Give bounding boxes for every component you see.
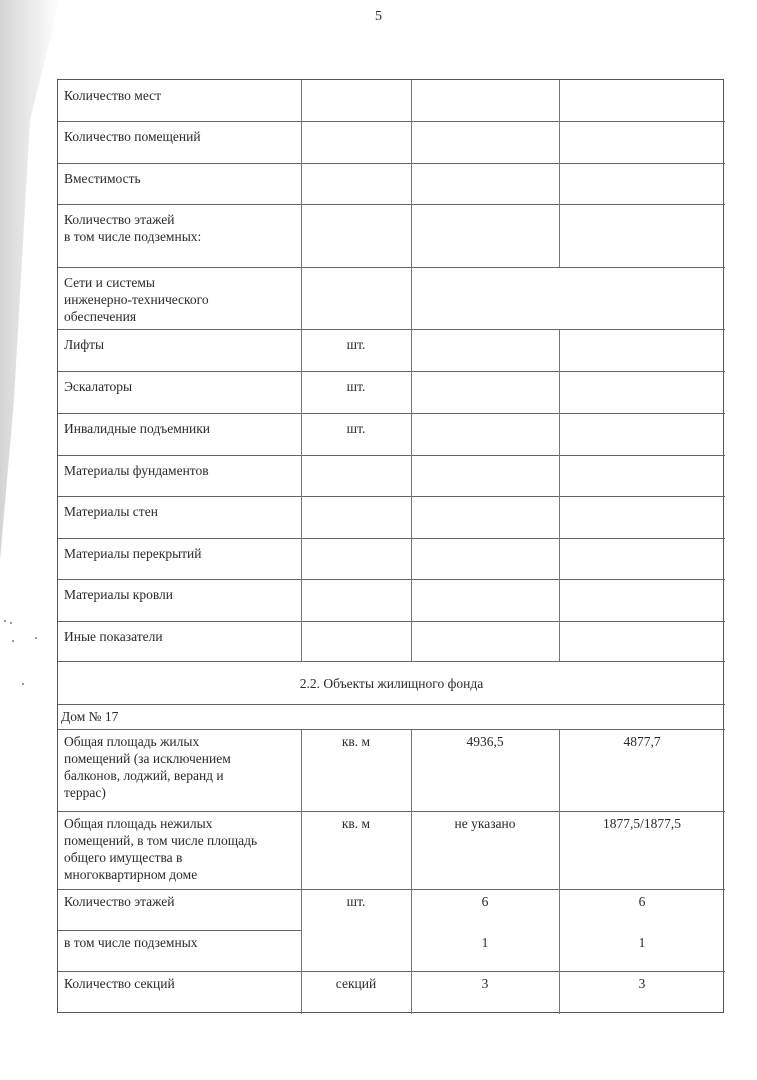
row-label: Материалы фундаментов — [64, 462, 297, 479]
row-unit: кв. м — [301, 733, 411, 750]
column-divider — [559, 413, 560, 455]
column-divider — [559, 371, 560, 413]
column-divider — [301, 455, 302, 496]
column-divider — [301, 496, 302, 538]
column-divider — [411, 496, 412, 538]
row-unit: кв. м — [301, 815, 411, 832]
row-divider — [58, 204, 725, 205]
row-project-value: 6 — [411, 893, 559, 910]
column-divider — [301, 267, 302, 329]
section-title: 2.2. Объекты жилищного фонда — [58, 675, 725, 692]
row-divider — [58, 121, 725, 122]
column-divider — [301, 889, 302, 930]
column-divider — [559, 930, 560, 971]
scan-shadow — [0, 0, 60, 1080]
column-divider — [559, 889, 560, 930]
house-label: Дом № 17 — [61, 708, 261, 725]
row-unit: шт. — [301, 378, 411, 395]
column-divider — [301, 729, 302, 811]
column-divider — [411, 413, 412, 455]
row-actual-value: 4877,7 — [559, 733, 725, 750]
column-divider — [559, 621, 560, 661]
column-divider — [559, 329, 560, 371]
column-divider — [301, 163, 302, 204]
row-divider — [58, 930, 301, 931]
row-label: Инвалидные подъемники — [64, 420, 297, 437]
row-project-value: 4936,5 — [411, 733, 559, 750]
column-divider — [559, 163, 560, 204]
row-divider — [58, 371, 725, 372]
row-label: Количество секций — [64, 975, 299, 992]
column-divider — [301, 80, 302, 121]
page-number: 5 — [0, 9, 757, 25]
column-divider — [301, 621, 302, 661]
row-actual-value: 3 — [559, 975, 725, 992]
row-label: в том числе подземных — [64, 934, 299, 951]
column-divider — [301, 329, 302, 371]
row-label: Материалы кровли — [64, 586, 297, 603]
scan-speck — [10, 622, 12, 624]
row-label: Общая площадь нежилых помещений, в том ч… — [64, 815, 299, 883]
column-divider — [301, 930, 302, 971]
column-divider — [411, 889, 412, 930]
row-label: Вместимость — [64, 170, 297, 187]
scan-speck — [22, 683, 24, 685]
column-divider — [301, 971, 302, 1014]
row-divider — [58, 621, 725, 622]
row-label: Количество мест — [64, 87, 297, 104]
column-divider — [559, 971, 560, 1014]
row-divider — [58, 661, 725, 662]
column-divider — [411, 204, 412, 267]
column-divider — [559, 811, 560, 889]
column-divider — [411, 621, 412, 661]
column-divider — [559, 496, 560, 538]
row-label: Эскалаторы — [64, 378, 297, 395]
column-divider — [301, 811, 302, 889]
column-divider — [411, 930, 412, 971]
row-divider — [58, 579, 725, 580]
row-label: Лифты — [64, 336, 297, 353]
scan-speck — [4, 620, 6, 622]
column-divider — [411, 455, 412, 496]
row-label: Общая площадь жилых помещений (за исключ… — [64, 733, 299, 801]
column-divider — [411, 163, 412, 204]
row-unit: шт. — [301, 336, 411, 353]
row-actual-value: 6 — [559, 893, 725, 910]
row-divider — [58, 971, 725, 972]
row-divider — [58, 729, 725, 730]
row-project-value: 3 — [411, 975, 559, 992]
column-divider — [301, 538, 302, 579]
column-divider — [559, 455, 560, 496]
column-divider — [411, 371, 412, 413]
building-specs-table: Количество местКоличество помещенийВмест… — [57, 79, 724, 1013]
column-divider — [301, 371, 302, 413]
row-divider — [58, 455, 725, 456]
row-divider — [58, 811, 725, 812]
column-divider — [411, 579, 412, 621]
column-divider — [411, 538, 412, 579]
row-label: Иные показатели — [64, 628, 297, 645]
row-label: Количество этажей в том числе подземных: — [64, 211, 297, 245]
column-divider — [301, 579, 302, 621]
column-divider — [559, 579, 560, 621]
row-unit: шт. — [301, 420, 411, 437]
row-actual-value: 1 — [559, 934, 725, 951]
row-divider — [58, 704, 725, 705]
column-divider — [559, 80, 560, 121]
column-divider — [411, 267, 412, 329]
column-divider — [411, 329, 412, 371]
column-divider — [301, 413, 302, 455]
row-unit: шт. — [301, 893, 411, 910]
row-divider — [58, 413, 725, 414]
row-label: Материалы стен — [64, 503, 297, 520]
column-divider — [301, 204, 302, 267]
column-divider — [411, 811, 412, 889]
column-divider — [301, 121, 302, 163]
row-label: Количество помещений — [64, 128, 297, 145]
row-label: Сети и системы инженерно-технического об… — [64, 274, 297, 325]
column-divider — [559, 121, 560, 163]
column-divider — [559, 204, 560, 267]
column-divider — [411, 121, 412, 163]
row-label: Материалы перекрытий — [64, 545, 297, 562]
row-project-value: не указано — [411, 815, 559, 832]
row-project-value: 1 — [411, 934, 559, 951]
column-divider — [411, 80, 412, 121]
column-divider — [559, 538, 560, 579]
row-divider — [58, 267, 725, 268]
row-label: Количество этажей — [64, 893, 299, 910]
column-divider — [411, 729, 412, 811]
row-divider — [58, 496, 725, 497]
row-divider — [58, 329, 725, 330]
column-divider — [411, 971, 412, 1014]
row-divider — [58, 889, 725, 890]
row-unit: секций — [301, 975, 411, 992]
row-divider — [58, 163, 725, 164]
column-divider — [559, 729, 560, 811]
scan-speck — [35, 637, 37, 639]
scan-speck — [12, 640, 14, 642]
row-actual-value: 1877,5/1877,5 — [559, 815, 725, 832]
row-divider — [58, 538, 725, 539]
